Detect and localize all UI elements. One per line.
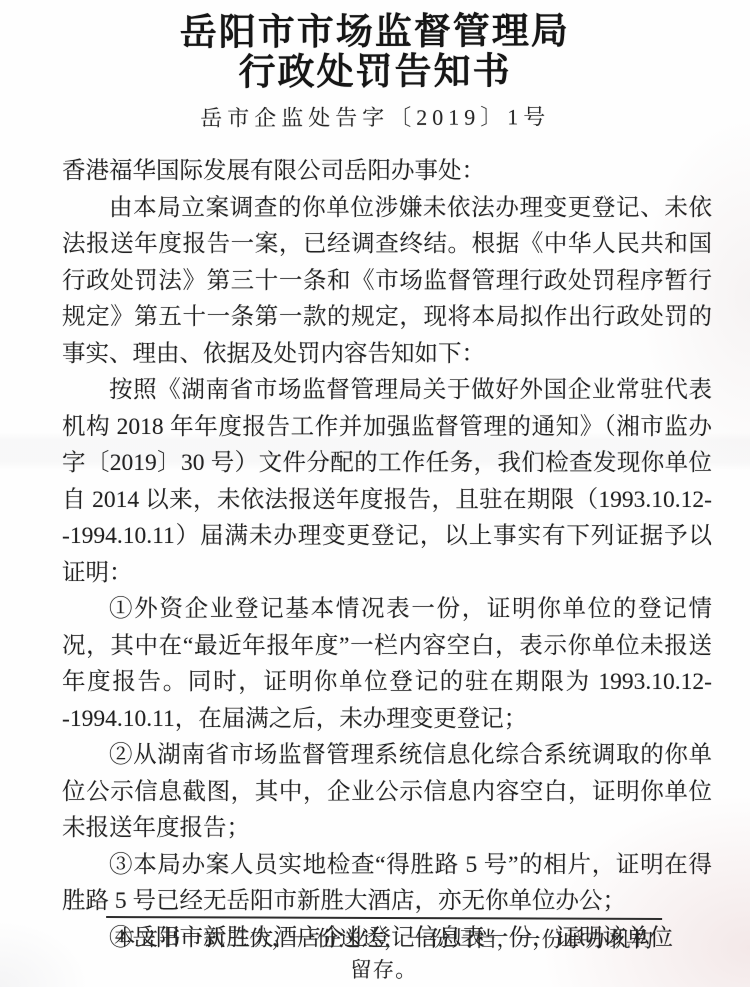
paragraph-evidence-3: ③本局办案人员实地检查“得胜路 5 号”的相片，证明在得胜路 5 号已经无岳阳市… <box>62 847 712 920</box>
document-body: 香港福华国际发展有限公司岳阳办事处： 由本局立案调查的你单位涉嫌未依法办理变更登… <box>62 153 712 956</box>
recipient-line: 香港福华国际发展有限公司岳阳办事处： <box>62 153 712 190</box>
paragraph-evidence-2: ②从湖南省市场监督管理系统信息化综合系统调取的你单位公示信息截图，其中，企业公示… <box>62 737 712 847</box>
paragraph-intro: 由本局立案调查的你单位涉嫌未依法办理变更登记、未依法报送年度报告一案，已经调查终… <box>62 190 712 373</box>
footer-distribution-note: 本文书一式三份，一份送达，一份归档，一份承办机构留存。 <box>106 921 662 985</box>
paragraph-evidence-1: ①外资企业登记基本情况表一份，证明你单位的登记情况，其中在“最近年报年度”一栏内… <box>62 591 712 737</box>
document-title-line-2: 行政处罚告知书 <box>0 50 750 93</box>
document-header: 岳阳市市场监督管理局 行政处罚告知书 岳市企监处告字〔2019〕1号 <box>0 0 750 134</box>
paragraph-facts: 按照《湖南省市场监督管理局关于做好外国企业常驻代表机构 2018 年年度报告工作… <box>62 372 712 591</box>
document-footer: 本文书一式三份，一份送达，一份归档，一份承办机构留存。 <box>106 916 662 985</box>
document-title-line-1: 岳阳市市场监督管理局 <box>0 10 750 53</box>
scanned-document-page: 岳阳市市场监督管理局 行政处罚告知书 岳市企监处告字〔2019〕1号 香港福华国… <box>0 0 750 987</box>
document-reference-number: 岳市企监处告字〔2019〕1号 <box>0 99 750 133</box>
